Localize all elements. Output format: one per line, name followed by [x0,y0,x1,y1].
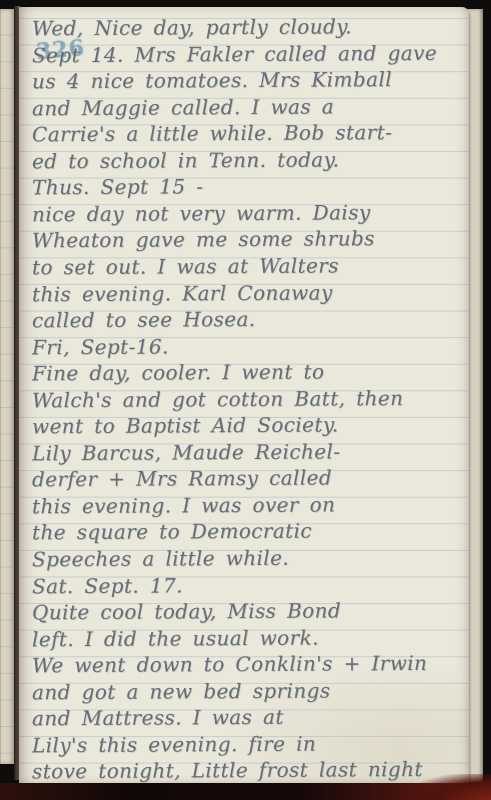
handwriting-line: Quite cool today, Miss Bond [32,598,465,625]
handwriting-line: Wed, Nice day, partly cloudy. [32,14,465,41]
handwriting-line: Wheaton gave me some shrubs [32,226,465,253]
handwriting-line: ed to school in Tenn. today. [32,146,465,173]
handwriting-line: Fri, Sept-16. [32,332,465,359]
handwriting-line: We went down to Conklin's + Irwin [32,651,465,678]
handwriting-line: Lily's this evening. fire in [32,731,465,758]
handwriting-line: nice day not very warm. Daisy [32,200,465,227]
handwriting-line: to set out. I was at Walters [32,253,465,280]
handwriting-line: left. I did the usual work. [32,624,465,651]
handwriting-line: Sat. Sept. 17. [32,571,465,598]
handwriting-line: Fine day, cooler. I went to [32,359,465,386]
handwriting-line: and Mattress. I was at [32,704,465,731]
handwriting-line: Thus. Sept 15 - [32,173,465,200]
handwriting-line: the square to Democratic [32,518,465,545]
handwriting-line: this evening. I was over on [32,492,465,519]
handwriting-line: Speeches a little while. [32,545,465,572]
handwriting-line: stove tonight, Little frost last night [32,757,465,784]
facing-page-sliver [0,9,15,764]
handwriting-line: Walch's and got cotton Batt, then [32,385,465,412]
handwriting-line: us 4 nice tomatoes. Mrs Kimball [32,67,465,94]
diary-book-photo: 326 Wed, Nice day, partly cloudy.Sept 14… [0,0,491,800]
handwriting-line: called to see Hosea. [32,306,465,333]
handwriting-line: Sept 14. Mrs Fakler called and gave [32,40,465,67]
handwriting-line: Lily Barcus, Maude Reichel- [32,438,465,465]
handwriting-lines: Wed, Nice day, partly cloudy.Sept 14. Mr… [19,7,469,786]
book-cover-red-corner [411,774,491,800]
handwriting-line: and got a new bed springs [32,677,465,704]
handwriting-line: Carrie's a little while. Bob start- [32,120,465,147]
handwriting-line: went to Baptist Aid Society. [32,412,465,439]
handwriting-line: and Maggie called. I was a [32,93,465,120]
diary-page: 326 Wed, Nice day, partly cloudy.Sept 14… [19,7,469,786]
handwriting-line: derfer + Mrs Ramsy called [32,465,465,492]
handwriting-line: this evening. Karl Conaway [32,279,465,306]
